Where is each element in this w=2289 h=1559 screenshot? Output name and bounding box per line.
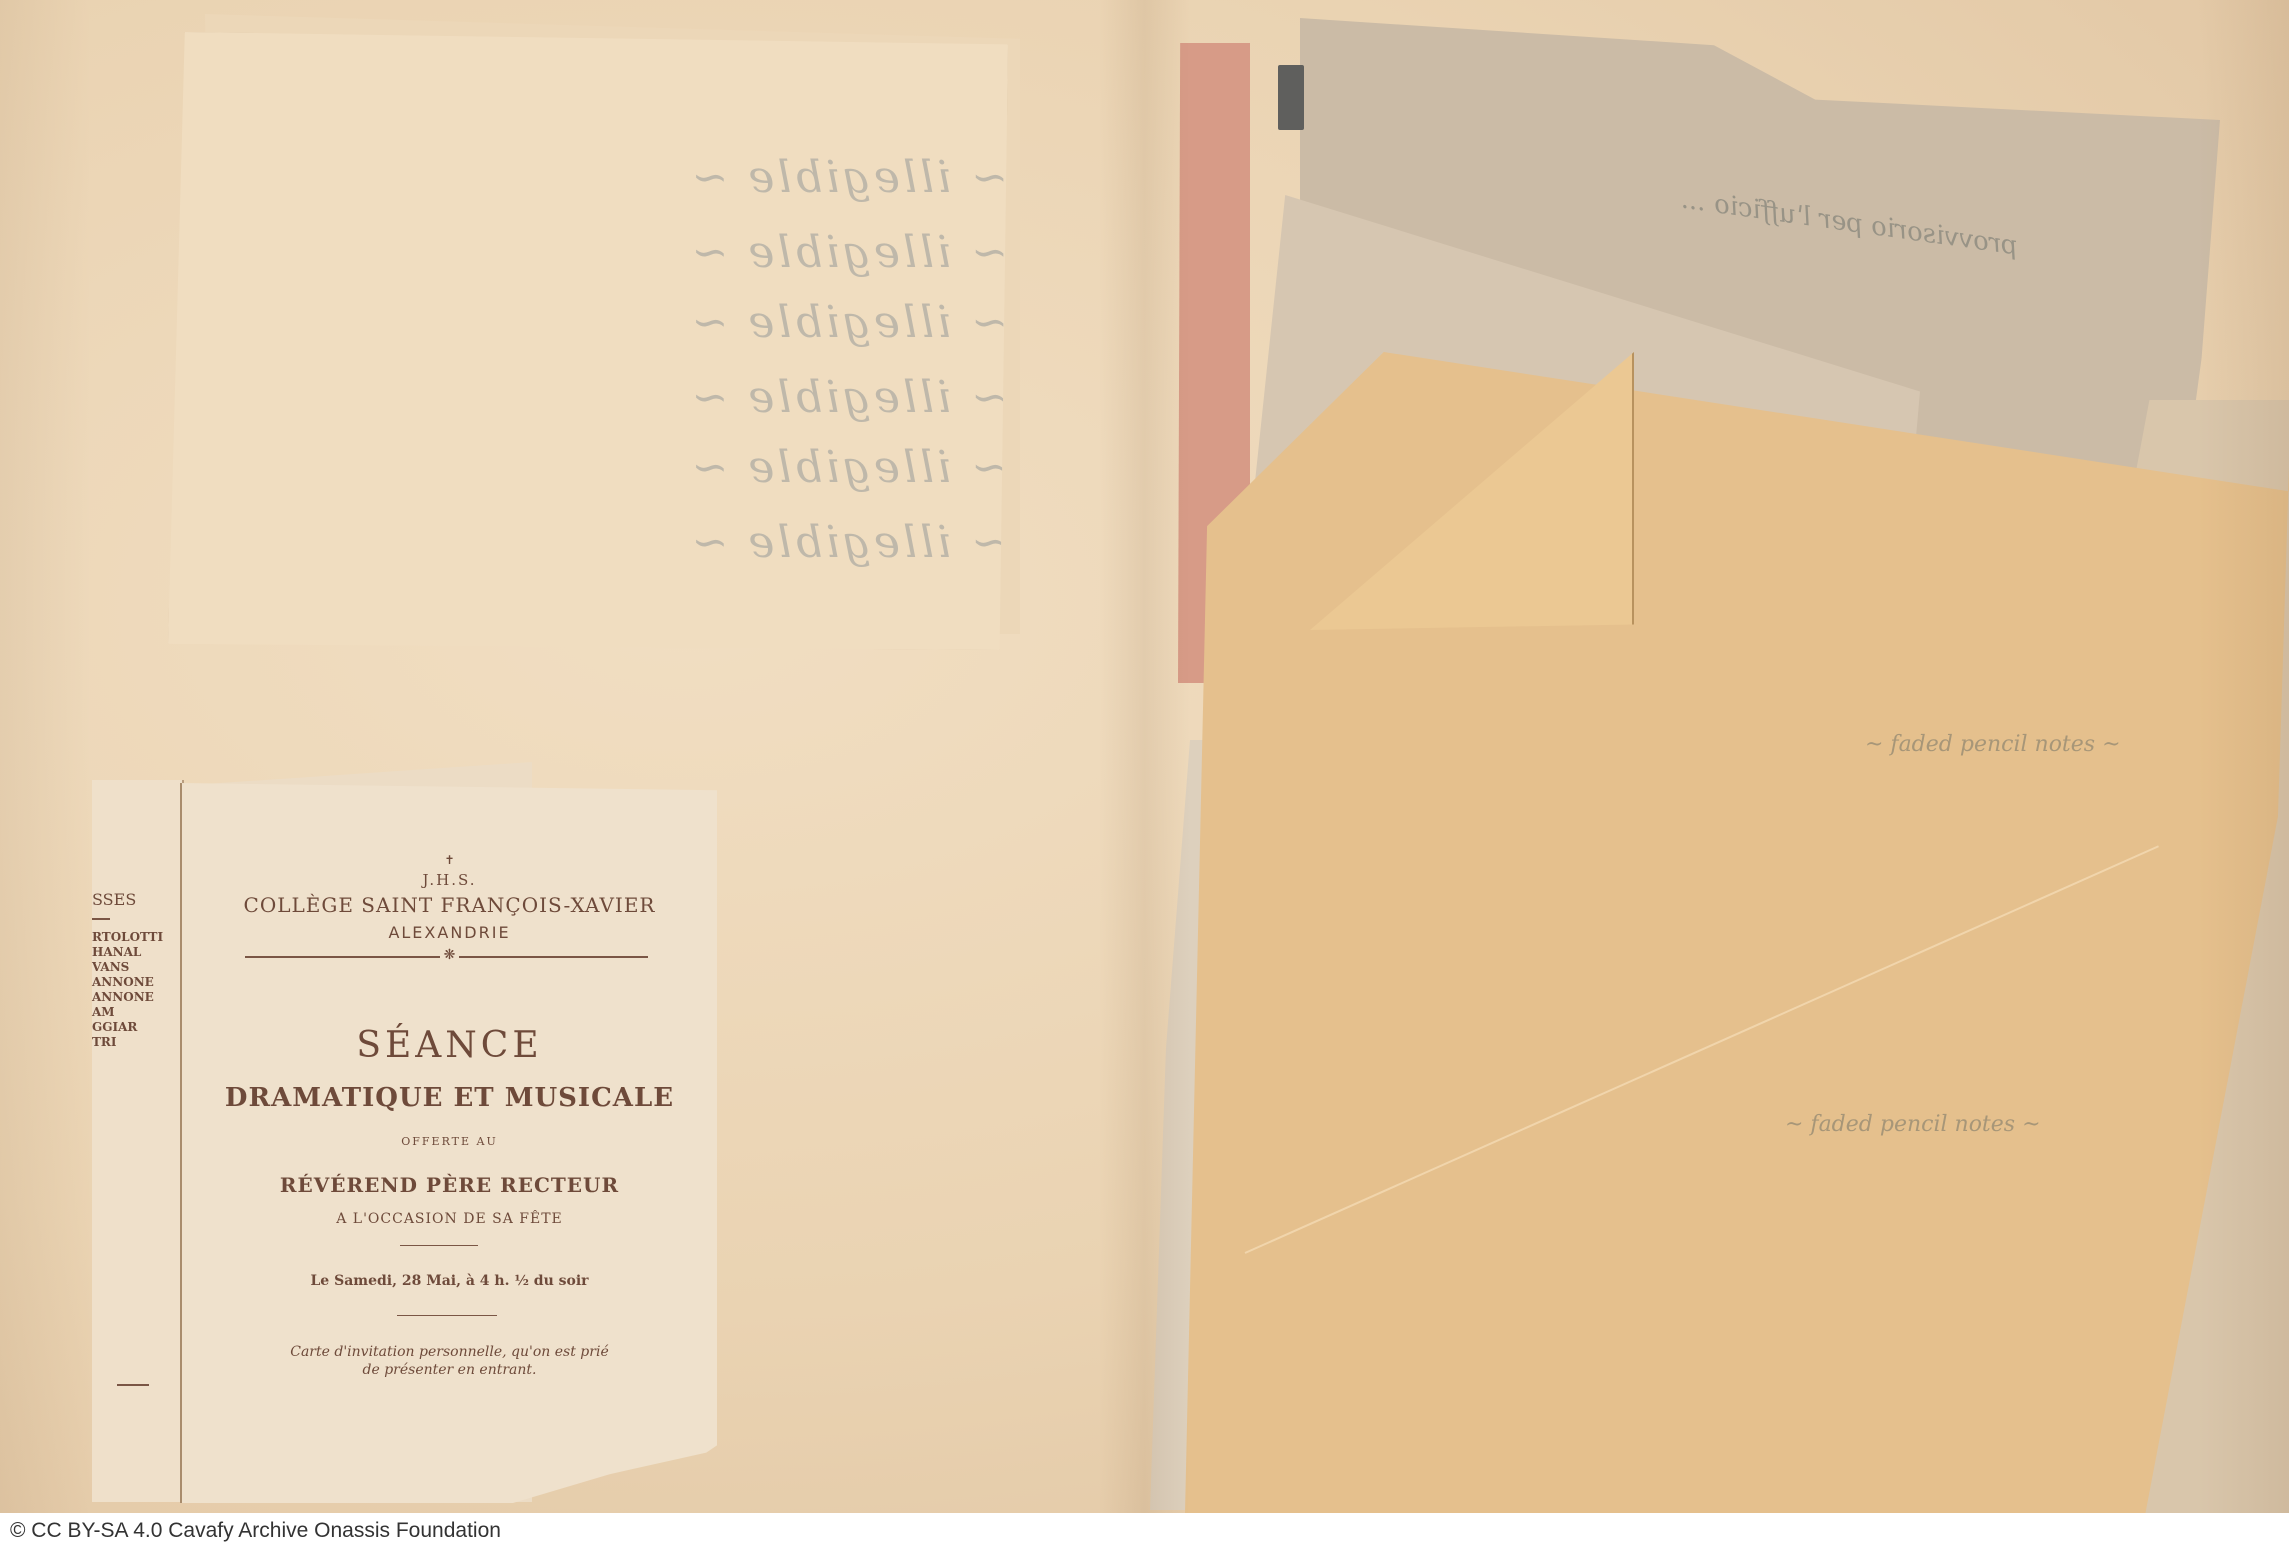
invitation-card-side-strip: SSES RTOLOTTI HANAL VANS ANNONE ANNONE A… xyxy=(92,780,184,1502)
envelope-crease xyxy=(1245,845,2159,1254)
card-date: Le Samedi, 28 Mai, à 4 h. ½ du soir xyxy=(182,1273,717,1289)
strip-name: ANNONE xyxy=(92,975,163,990)
envelope-pencil: ~ faded pencil notes ~ xyxy=(1865,732,2121,757)
note-line: ~ illegible ~ xyxy=(388,152,1008,203)
card-institution: COLLÈGE SAINT FRANÇOIS-XAVIER xyxy=(182,893,717,917)
envelope-pencil: ~ faded pencil notes ~ xyxy=(1785,1112,2041,1137)
card-title: SÉANCE xyxy=(182,1025,717,1066)
card-note-line-2: de présenter en entrant. xyxy=(182,1362,717,1378)
invitation-card: ✝ J.H.S. COLLÈGE SAINT FRANÇOIS-XAVIER A… xyxy=(180,783,717,1503)
note-line: ~ illegible ~ xyxy=(208,297,1008,348)
strip-name: RTOLOTTI xyxy=(92,930,163,945)
strip-name: VANS xyxy=(92,960,163,975)
strip-rule xyxy=(117,1384,149,1386)
strip-name: ANNONE xyxy=(92,990,163,1005)
ornament-icon: ❋ xyxy=(182,947,717,963)
strip-heading: SSES xyxy=(92,890,136,909)
strip-name: TRI xyxy=(92,1035,163,1050)
strip-name: GGIAR xyxy=(92,1020,163,1035)
note-line: ~ illegible ~ xyxy=(208,372,1008,423)
cross-icon: ✝ xyxy=(182,853,717,867)
note-line: ~ illegible ~ xyxy=(208,442,1008,493)
card-offered: OFFERTE AU xyxy=(182,1135,717,1148)
note-line: ~ illegible ~ xyxy=(228,227,1008,278)
card-monogram: J.H.S. xyxy=(182,871,717,889)
card-recipient: RÉVÉREND PÈRE RECTEUR xyxy=(182,1173,717,1197)
pencil-note: provvisorio per l'ufficio ... xyxy=(1680,185,2020,262)
card-note-line-1: Carte d'invitation personnelle, qu'on es… xyxy=(182,1344,717,1360)
card-occasion: A L'OCCASION DE SA FÊTE xyxy=(182,1211,717,1227)
card-city: ALEXANDRIE xyxy=(182,923,717,942)
strip-name: AM xyxy=(92,1005,163,1020)
handwritten-note: ~ illegible ~ ~ illegible ~ ~ illegible … xyxy=(168,32,1008,650)
strip-rule xyxy=(92,918,110,920)
scanned-album-page: ~ illegible ~ ~ illegible ~ ~ illegible … xyxy=(0,0,2289,1513)
strip-name: HANAL xyxy=(92,945,163,960)
divider-short xyxy=(400,1245,478,1246)
yellow-envelope: ~ faded pencil notes ~ ~ faded pencil no… xyxy=(1185,352,2289,1513)
card-subtitle: DRAMATIQUE ET MUSICALE xyxy=(182,1083,717,1113)
divider-short xyxy=(397,1315,497,1316)
note-line: ~ illegible ~ xyxy=(208,517,1008,568)
metal-clip xyxy=(1278,65,1304,130)
copyright-caption: © CC BY-SA 4.0 Cavafy Archive Onassis Fo… xyxy=(10,1519,501,1543)
